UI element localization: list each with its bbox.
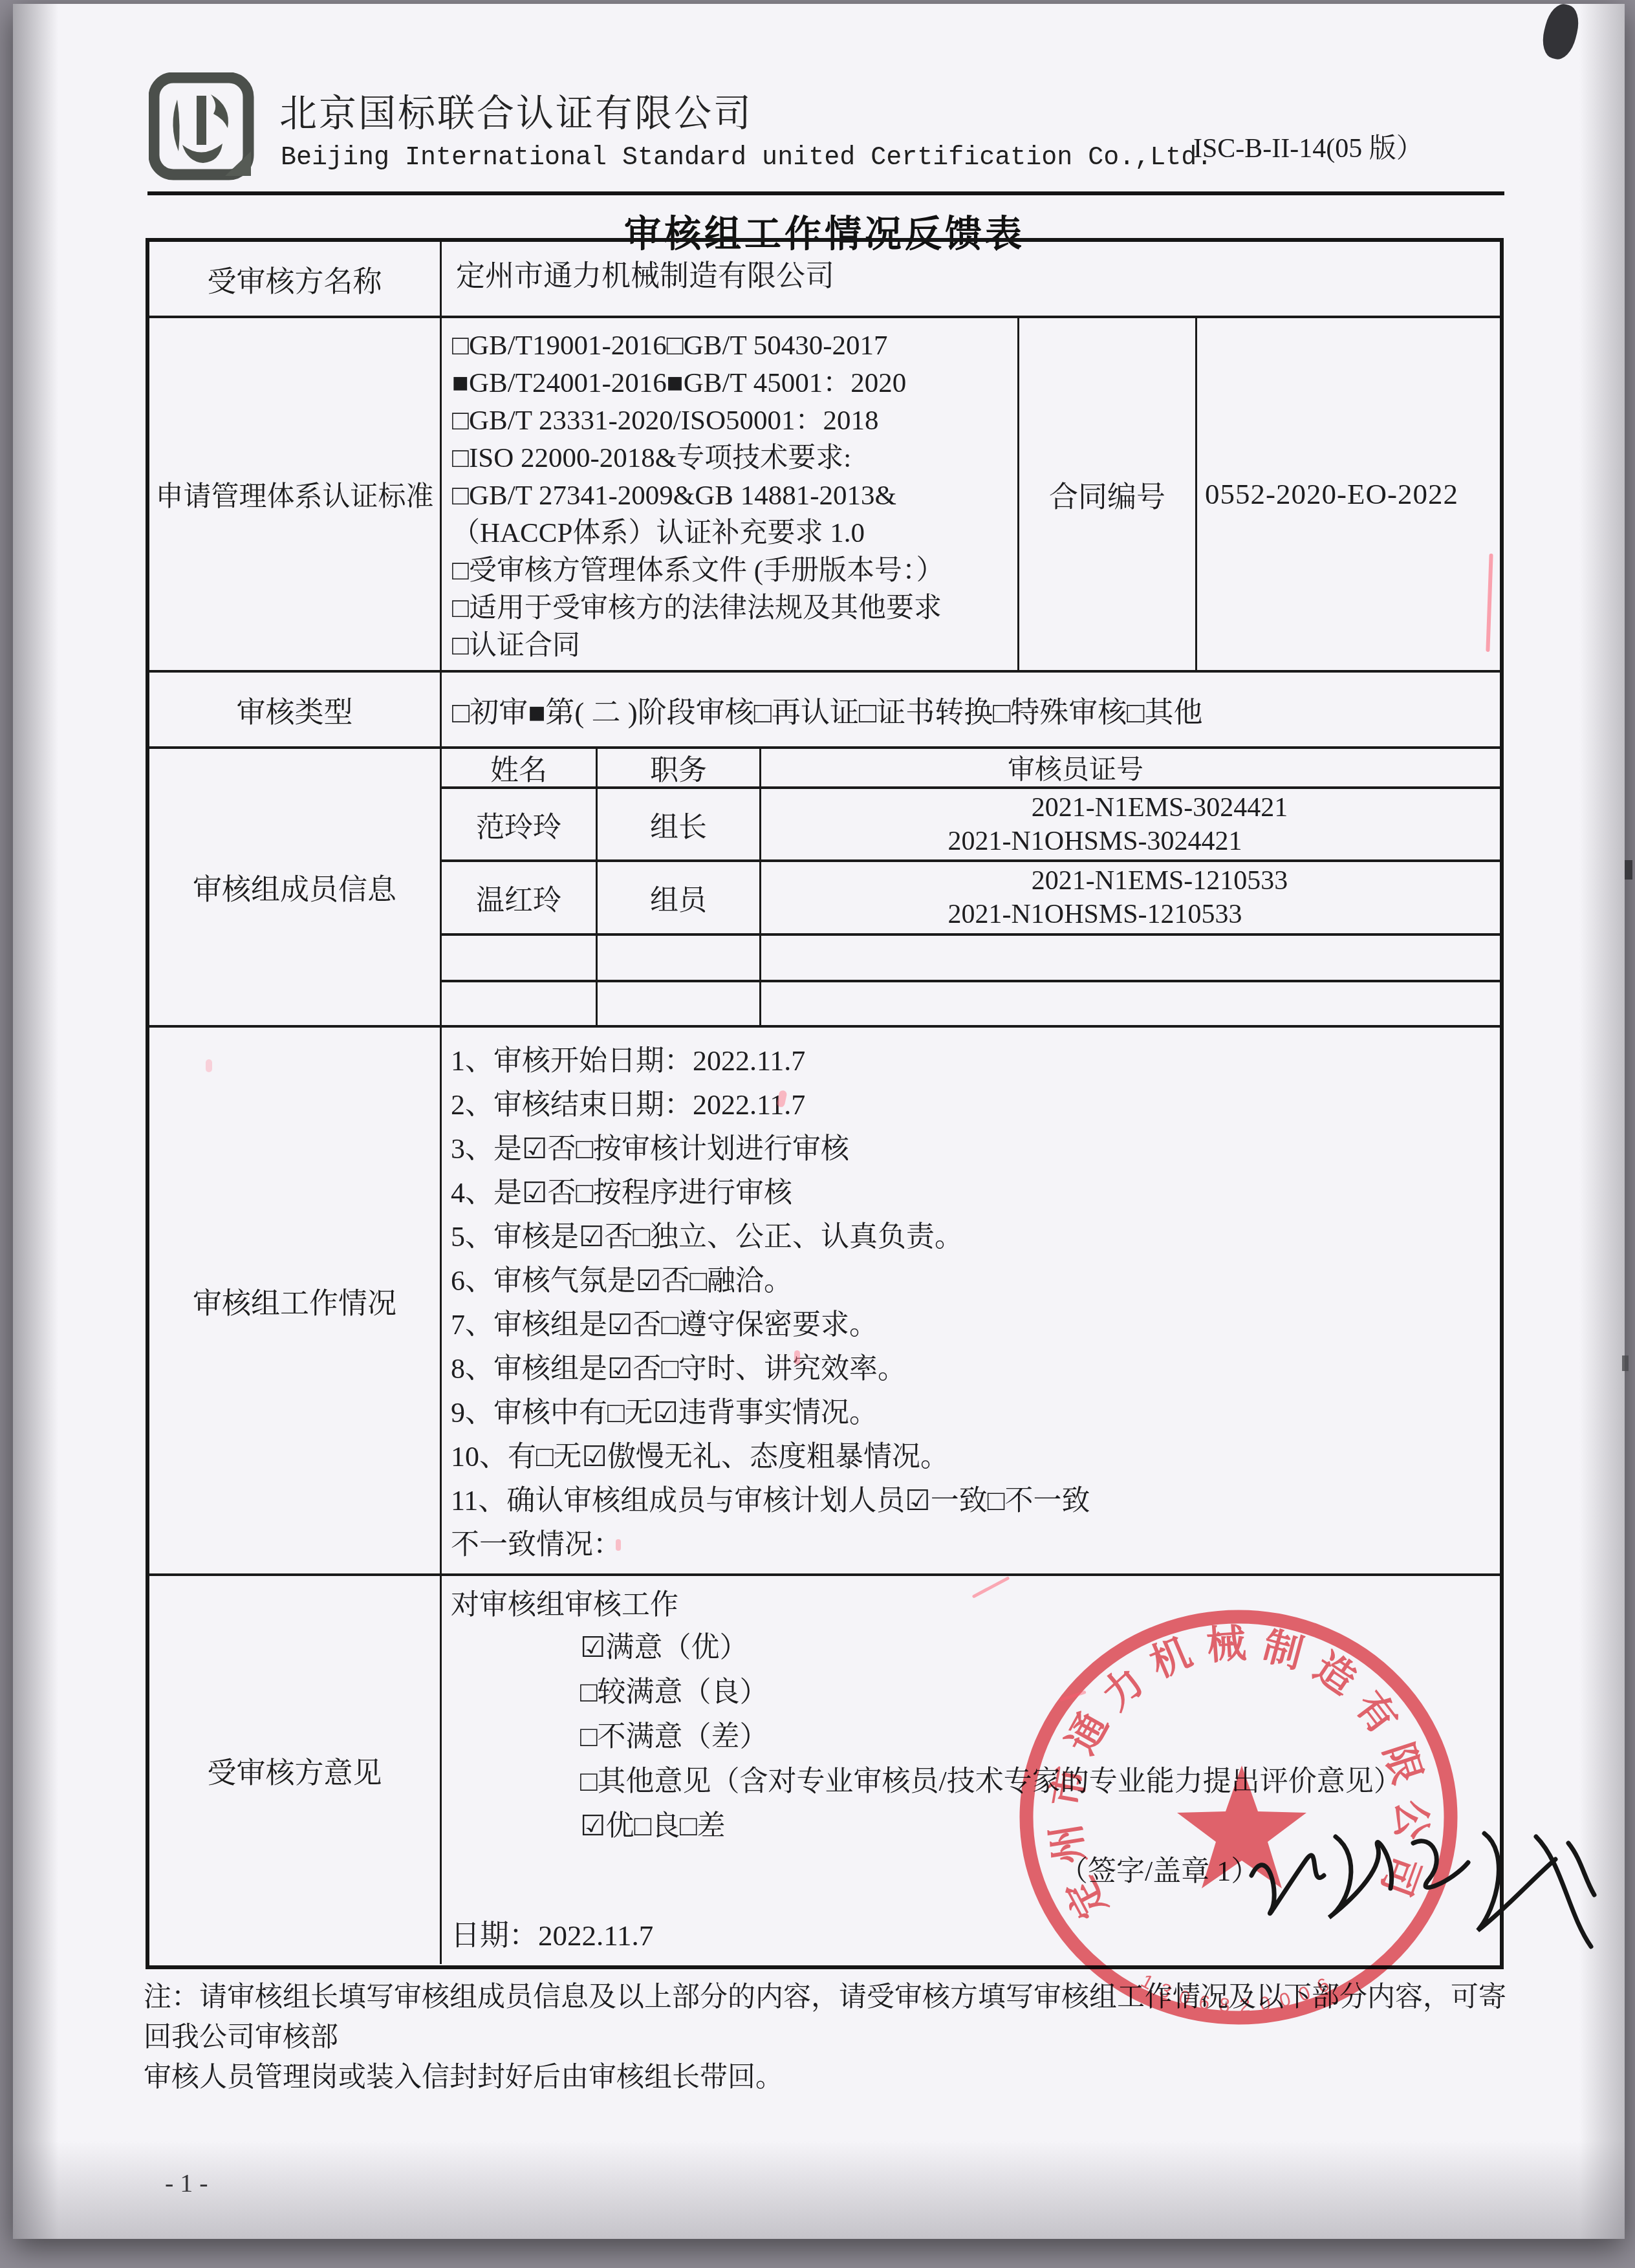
member-row-empty [442, 936, 1500, 982]
work-item: 8、审核组是☑否□守时、讲究效率。 [451, 1347, 1493, 1391]
work-item: 不一致情况： [451, 1523, 1493, 1567]
work-item: 9、审核中有□无☑违背事实情况。 [451, 1391, 1493, 1435]
standard-option: ■GB/T24001-2016■GB/T 45001：2020 [452, 365, 1013, 402]
member-row: 温红玲 组员 2021-N1EMS-1210533 2021-N1OHSMS-1… [442, 862, 1500, 936]
auditee-label: 受审核方名称 [149, 242, 442, 316]
work-item: 6、审核气氛是☑否□融洽。 [451, 1259, 1493, 1303]
company-name-cn: 北京国标联合认证有限公司 [279, 83, 753, 137]
work-item: 5、审核是☑否□独立、公正、认真负责。 [451, 1215, 1493, 1259]
cert-number: 2021-N1OHSMS-1210533 [726, 898, 1464, 931]
members-row: 审核组成员信息 姓名 职务 审核员证号 范玲玲 组长 2021-N1EMS-30… [149, 749, 1500, 1028]
members-header-row: 姓名 职务 审核员证号 [442, 749, 1500, 789]
scan-edge-shadow-left [13, 4, 58, 2239]
auditee-value: 定州市通力机械制造有限公司 [442, 242, 1500, 316]
standard-option: □认证合同 [452, 627, 1013, 665]
handwritten-signature [1232, 1798, 1620, 1979]
work-item: 10、有□无☑傲慢无礼、态度粗暴情况。 [451, 1435, 1493, 1479]
standards-list: □GB/T19001-2016□GB/T 50430-2017 ■GB/T240… [442, 318, 1019, 670]
standards-label: 申请管理体系认证标准 [149, 318, 442, 670]
members-label: 审核组成员信息 [149, 749, 442, 1025]
work-item: 4、是☑否□按程序进行审核 [451, 1171, 1493, 1215]
work-item: 2、审核结束日期：2022.11.7 [451, 1083, 1493, 1127]
page-number: - 1 - [165, 2168, 208, 2198]
standard-option: □ISO 22000-2018&专项技术要求: [452, 440, 1013, 477]
audit-type-label: 审核类型 [149, 673, 442, 746]
member-cert-numbers: 2021-N1EMS-3024421 2021-N1OHSMS-3024421 [761, 789, 1500, 859]
footer-note-line2: 审核人员管理岗或装入信封封好后由审核组长带回。 [144, 2058, 1508, 2098]
work-situation-label: 审核组工作情况 [149, 1028, 442, 1573]
work-situation-items: 1、审核开始日期：2022.11.7 2、审核结束日期：2022.11.7 3、… [442, 1028, 1500, 1573]
company-name-en: Beijing International Standard united Ce… [281, 144, 1212, 173]
member-row-empty [442, 982, 1500, 1025]
work-item: 7、审核组是☑否□遵守保密要求。 [451, 1303, 1493, 1347]
col-header-role: 职务 [598, 749, 761, 786]
col-header-cert: 审核员证号 [761, 749, 1500, 786]
header-rule [147, 191, 1504, 195]
standard-option: □适用于受审核方的法律法规及其他要求 [452, 590, 1013, 627]
members-table: 姓名 职务 审核员证号 范玲玲 组长 2021-N1EMS-3024421 20… [442, 749, 1500, 1025]
standard-option: □受审核方管理体系文件 (手册版本号：） [452, 552, 1013, 590]
certification-body-logo-icon [149, 72, 257, 188]
scan-edge-tick [1625, 860, 1632, 880]
work-item: 1、审核开始日期：2022.11.7 [451, 1039, 1493, 1083]
work-situation-row: 审核组工作情况 1、审核开始日期：2022.11.7 2、审核结束日期：2022… [149, 1028, 1500, 1576]
work-item: 11、确认审核组成员与审核计划人员☑一致□不一致 [451, 1479, 1493, 1523]
member-name [442, 982, 598, 1025]
work-item: 3、是☑否□按审核计划进行审核 [451, 1127, 1493, 1171]
member-role [598, 936, 761, 980]
audit-type-value: □初审■第( 二 )阶段审核□再认证□证书转换□特殊审核□其他 [442, 673, 1500, 746]
cert-number: 2021-N1EMS-1210533 [790, 864, 1529, 898]
opinion-label: 受审核方意见 [149, 1576, 442, 1964]
member-cert-numbers [761, 936, 1500, 980]
cert-number: 2021-N1EMS-3024421 [790, 791, 1529, 825]
member-name: 范玲玲 [442, 789, 598, 859]
standards-row: 申请管理体系认证标准 □GB/T19001-2016□GB/T 50430-20… [149, 318, 1500, 673]
member-cert-numbers: 2021-N1EMS-1210533 2021-N1OHSMS-1210533 [761, 862, 1500, 933]
form-code: ISC-B-II-14(05 版） [1193, 127, 1424, 166]
audit-type-row: 审核类型 □初审■第( 二 )阶段审核□再认证□证书转换□特殊审核□其他 [149, 673, 1500, 749]
member-name: 温红玲 [442, 862, 598, 933]
contract-no-label: 合同编号 [1019, 318, 1197, 670]
opinion-date: 日期：2022.11.7 [451, 1912, 653, 1954]
member-row: 范玲玲 组长 2021-N1EMS-3024421 2021-N1OHSMS-3… [442, 789, 1500, 862]
contract-no-value: 0552-2020-EO-2022 [1197, 318, 1500, 670]
col-header-name: 姓名 [442, 749, 598, 786]
cert-number: 2021-N1OHSMS-3024421 [726, 825, 1464, 858]
member-name [442, 936, 598, 980]
member-cert-numbers [761, 982, 1500, 1025]
standard-option: □GB/T 23331-2020/ISO50001：2018 [452, 402, 1013, 440]
member-role [598, 982, 761, 1025]
auditee-row: 受审核方名称 定州市通力机械制造有限公司 [149, 242, 1500, 318]
standard-option: □GB/T19001-2016□GB/T 50430-2017 [452, 327, 1013, 365]
standard-option: □GB/T 27341-2009&GB 14881-2013&（HACCP体系）… [452, 477, 1013, 552]
